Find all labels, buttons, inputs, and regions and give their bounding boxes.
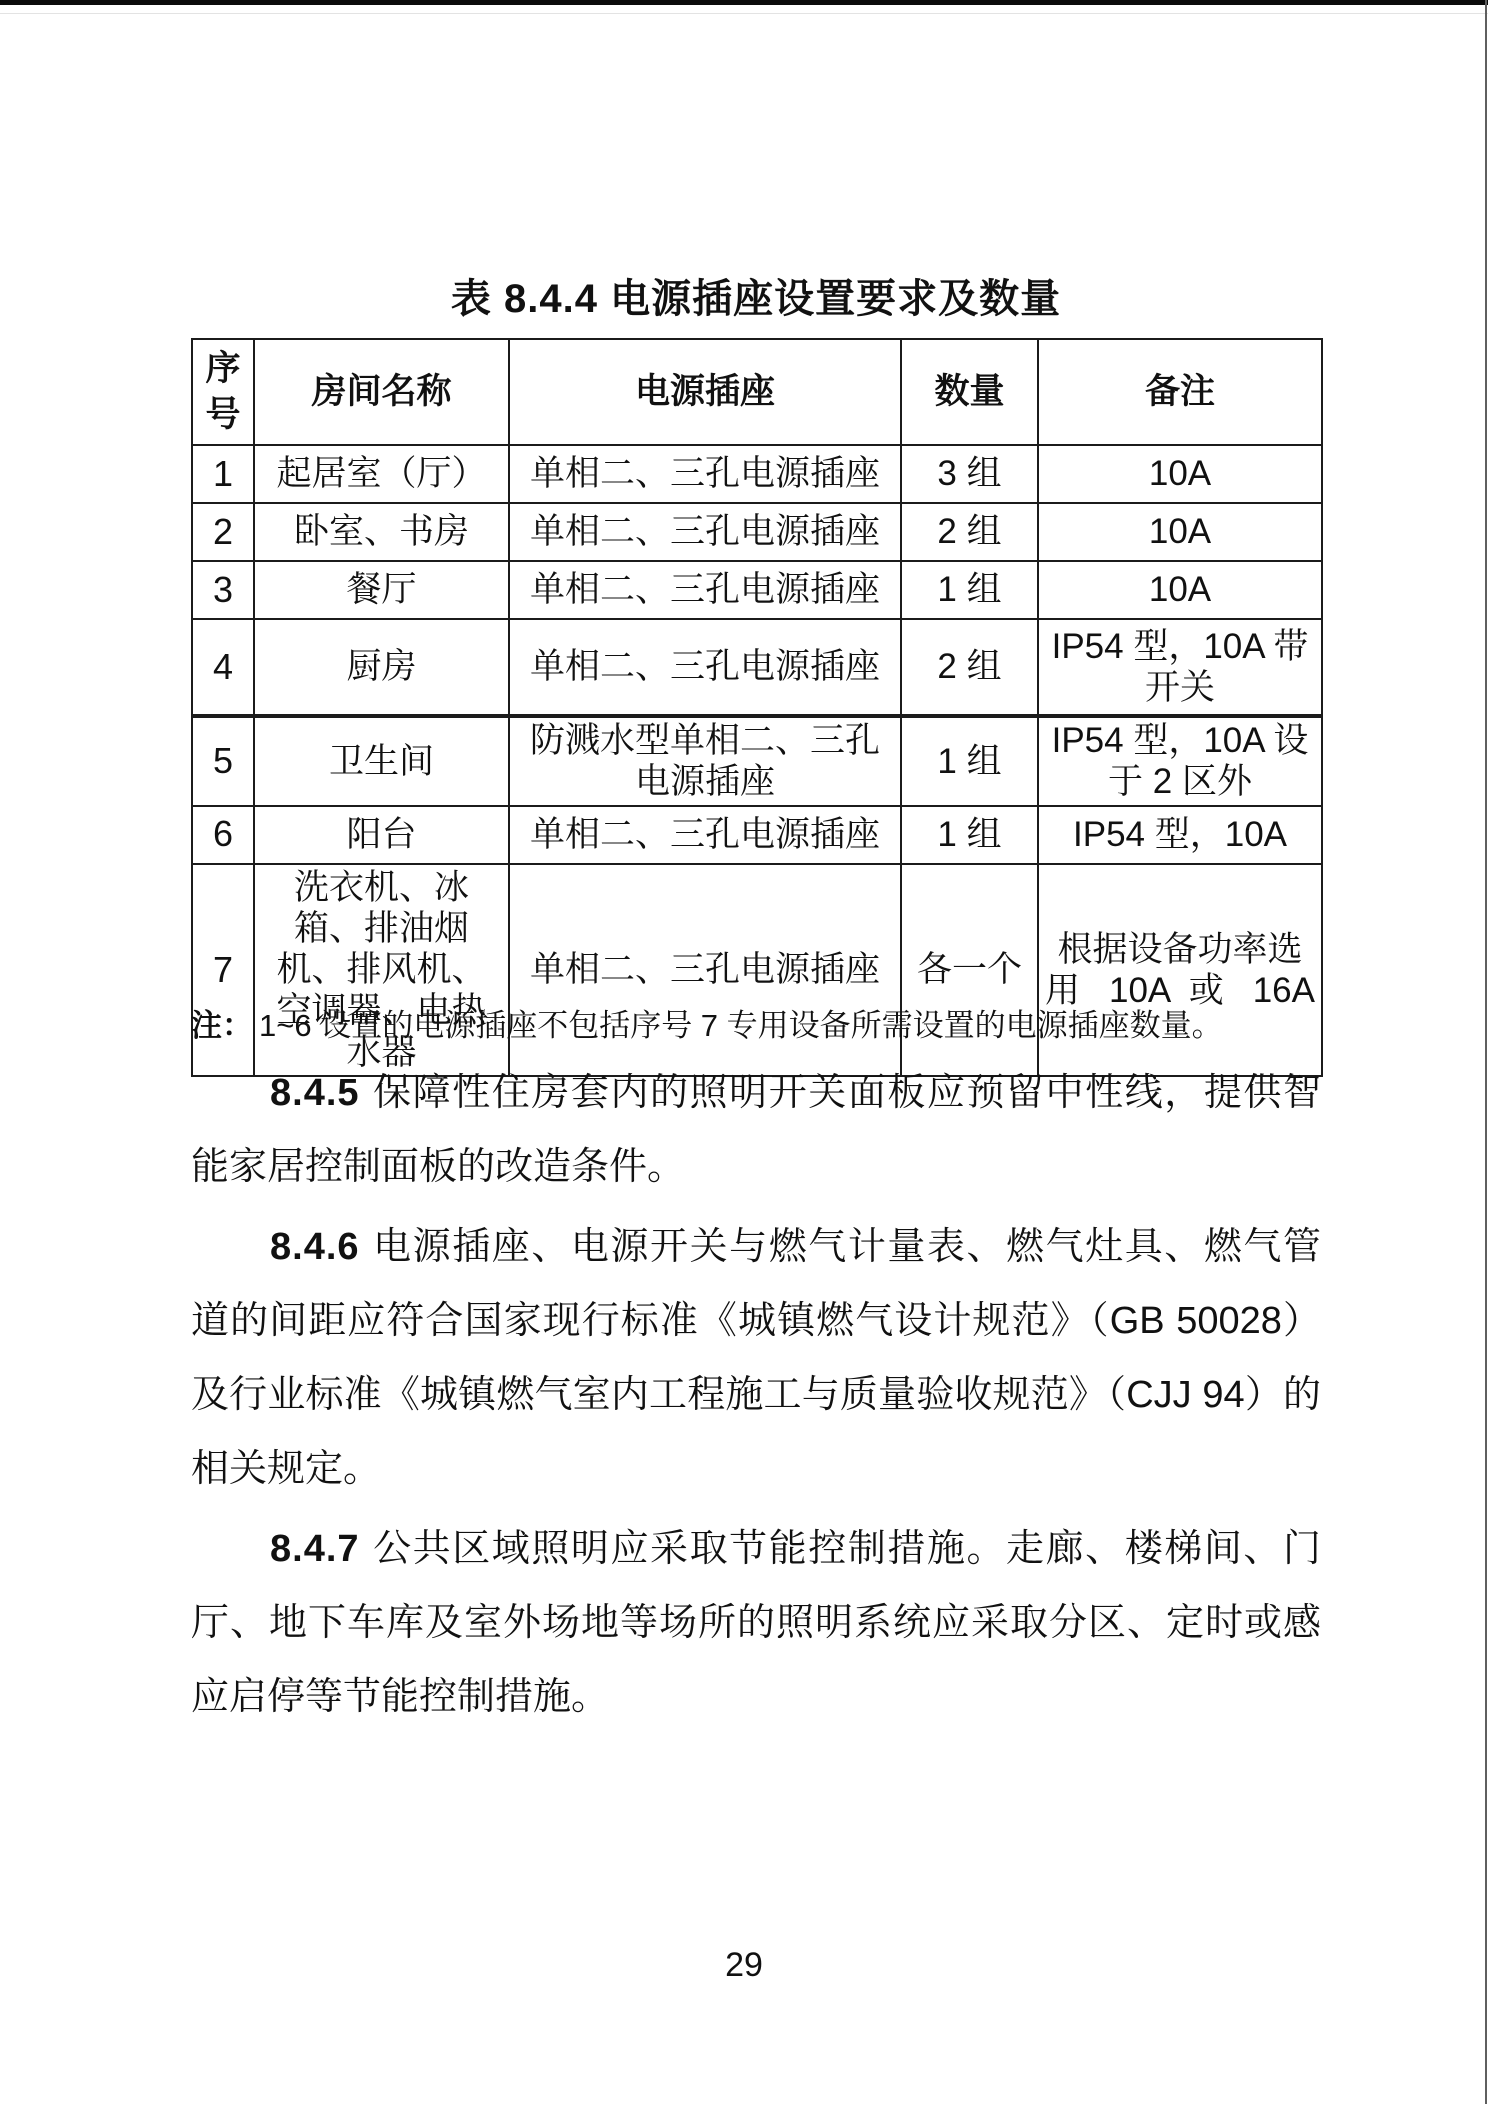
table-row: 4 厨房 单相二、三孔电源插座 2 组 IP54 型，10A 带开关	[192, 619, 1322, 716]
cell-remark: 10A	[1038, 561, 1322, 619]
cell-room: 卫生间	[254, 716, 509, 806]
cell-room: 起居室（厅）	[254, 445, 509, 503]
clause-number: 8.4.7	[270, 1528, 360, 1570]
cell-remark: 10A	[1038, 445, 1322, 503]
socket-requirements-table: 序号 房间名称 电源插座 数量 备注 1 起居室（厅） 单相二、三孔电源插座 3…	[191, 338, 1323, 1077]
page-number: 29	[0, 1946, 1488, 1985]
paragraph-8-4-5: 8.4.5保障性住房套内的照明开关面板应预留中性线，提供智能家居控制面板的改造条…	[191, 1056, 1321, 1204]
cell-socket: 单相二、三孔电源插座	[509, 561, 901, 619]
header-remark: 备注	[1038, 339, 1322, 445]
cell-socket: 防溅水型单相二、三孔电源插座	[509, 716, 901, 806]
document-page: 表 8.4.4 电源插座设置要求及数量 序号 房间名称 电源插座 数量 备注 1…	[0, 0, 1488, 2104]
cell-no: 5	[192, 716, 254, 806]
cell-remark: IP54 型，10A 设于 2 区外	[1038, 716, 1322, 806]
cell-qty: 2 组	[901, 503, 1038, 561]
cell-remark: 10A	[1038, 503, 1322, 561]
cell-qty: 1 组	[901, 561, 1038, 619]
scan-edge-top	[0, 0, 1488, 5]
paragraph-8-4-6: 8.4.6电源插座、电源开关与燃气计量表、燃气灶具、燃气管道的间距应符合国家现行…	[191, 1210, 1321, 1506]
table-row: 2 卧室、书房 单相二、三孔电源插座 2 组 10A	[192, 503, 1322, 561]
cell-qty: 3 组	[901, 445, 1038, 503]
header-serial: 序号	[192, 339, 254, 445]
paragraph-8-4-7: 8.4.7公共区域照明应采取节能控制措施。走廊、楼梯间、门厅、地下车库及室外场地…	[191, 1512, 1321, 1734]
header-socket: 电源插座	[509, 339, 901, 445]
table-header-row: 序号 房间名称 电源插座 数量 备注	[192, 339, 1322, 445]
cell-socket: 单相二、三孔电源插座	[509, 806, 901, 864]
cell-no: 4	[192, 619, 254, 716]
cell-no: 1	[192, 445, 254, 503]
table-row: 5 卫生间 防溅水型单相二、三孔电源插座 1 组 IP54 型，10A 设于 2…	[192, 716, 1322, 806]
cell-socket: 单相二、三孔电源插座	[509, 619, 901, 716]
scan-edge-right	[1485, 0, 1487, 2104]
clause-number: 8.4.5	[270, 1072, 360, 1114]
table-footnote: 注：1~6 设置的电源插座不包括序号 7 专用设备所需设置的电源插座数量。	[191, 1006, 1331, 1046]
cell-no: 3	[192, 561, 254, 619]
cell-room: 阳台	[254, 806, 509, 864]
cell-qty: 1 组	[901, 716, 1038, 806]
header-qty: 数量	[901, 339, 1038, 445]
footnote-label: 注：	[191, 1008, 253, 1043]
clause-number: 8.4.6	[270, 1226, 360, 1268]
cell-socket: 单相二、三孔电源插座	[509, 503, 901, 561]
table-row: 1 起居室（厅） 单相二、三孔电源插座 3 组 10A	[192, 445, 1322, 503]
cell-qty: 1 组	[901, 806, 1038, 864]
clause-text: 公共区域照明应采取节能控制措施。走廊、楼梯间、门厅、地下车库及室外场地等场所的照…	[191, 1528, 1321, 1718]
cell-room: 厨房	[254, 619, 509, 716]
cell-remark: IP54 型，10A	[1038, 806, 1322, 864]
table-row: 6 阳台 单相二、三孔电源插座 1 组 IP54 型，10A	[192, 806, 1322, 864]
cell-no: 2	[192, 503, 254, 561]
cell-remark: IP54 型，10A 带开关	[1038, 619, 1322, 716]
cell-no: 6	[192, 806, 254, 864]
cell-socket: 单相二、三孔电源插座	[509, 445, 901, 503]
table-row: 3 餐厅 单相二、三孔电源插座 1 组 10A	[192, 561, 1322, 619]
body-paragraphs: 8.4.5保障性住房套内的照明开关面板应预留中性线，提供智能家居控制面板的改造条…	[191, 1056, 1321, 1740]
cell-qty: 2 组	[901, 619, 1038, 716]
cell-room: 餐厅	[254, 561, 509, 619]
scan-edge-top-shadow	[0, 13, 1488, 14]
cell-room: 卧室、书房	[254, 503, 509, 561]
clause-text: 电源插座、电源开关与燃气计量表、燃气灶具、燃气管道的间距应符合国家现行标准《城镇…	[191, 1226, 1321, 1490]
header-room: 房间名称	[254, 339, 509, 445]
clause-text: 保障性住房套内的照明开关面板应预留中性线，提供智能家居控制面板的改造条件。	[191, 1072, 1321, 1188]
table-caption: 表 8.4.4 电源插座设置要求及数量	[191, 274, 1321, 324]
footnote-text: 1~6 设置的电源插座不包括序号 7 专用设备所需设置的电源插座数量。	[259, 1008, 1223, 1043]
